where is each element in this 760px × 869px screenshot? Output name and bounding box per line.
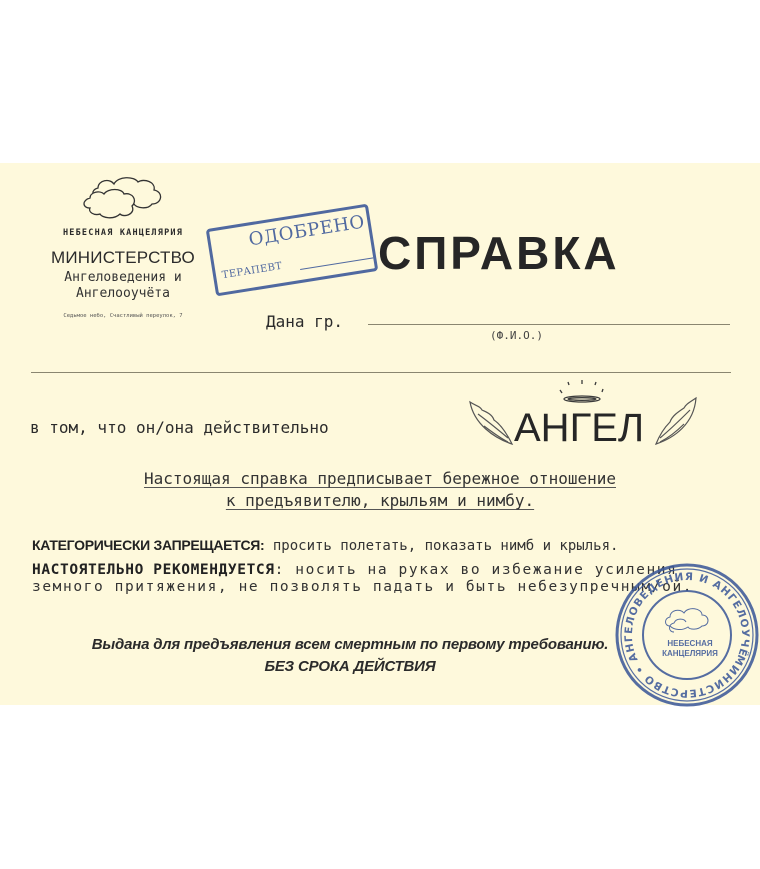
therapist-label: ТЕРАПЕВТ bbox=[221, 261, 283, 281]
prescription-text: Настоящая справка предписывает бережное … bbox=[20, 468, 740, 512]
ministry-title: МИНИСТЕРСТВО bbox=[30, 248, 216, 268]
angel-emblem: АНГЕЛ bbox=[464, 376, 704, 454]
halo-icon bbox=[560, 380, 603, 402]
document-title: СПРАВКА bbox=[378, 226, 620, 280]
prescription-line2: к предъявителю, крыльям и нимбу. bbox=[20, 490, 740, 512]
validity-line: БЕЗ СРОКА ДЕЙСТВИЯ bbox=[20, 656, 680, 678]
seal-center-line2: КАНЦЕЛЯРИЯ bbox=[662, 649, 718, 658]
svg-text:МИНИСТЕРСТВО • АНГЕЛОВЕДЕНИЯ И: МИНИСТЕРСТВО • АНГЕЛОВЕДЕНИЯ И АНГЕЛОУЧЁ… bbox=[612, 560, 760, 710]
name-field-line bbox=[368, 324, 730, 325]
forbidden-label: КАТЕГОРИЧЕСКИ ЗАПРЕЩАЕТСЯ: bbox=[32, 537, 264, 553]
seal-center-line1: НЕБЕСНАЯ bbox=[667, 639, 713, 648]
forbidden-text: просить полетать, показать нимб и крылья… bbox=[264, 538, 618, 554]
issued-note: Выдана для предъявления всем смертным по… bbox=[20, 634, 680, 678]
ministry-sub-line1: Ангеловедения и bbox=[30, 270, 216, 286]
ministry-sub-line2: Ангелооучёта bbox=[30, 286, 216, 302]
cloud-icon bbox=[78, 176, 168, 222]
recommended-label: НАСТОЯТЕЛЬНО РЕКОМЕНДУЕТСЯ bbox=[32, 562, 275, 578]
given-to-label: Дана гр. bbox=[266, 312, 343, 331]
signature-line bbox=[300, 257, 373, 270]
issued-line1: Выдана для предъявления всем смертным по… bbox=[20, 634, 680, 656]
ministry-subtitle: Ангеловедения и Ангелооучёта bbox=[30, 270, 216, 302]
angel-word: АНГЕЛ bbox=[514, 406, 644, 451]
name-caption: (Ф.И.О.) bbox=[490, 329, 543, 342]
forbidden-clause: КАТЕГОРИЧЕСКИ ЗАПРЕЩАЕТСЯ: просить полет… bbox=[32, 537, 618, 554]
seal-cloud-icon bbox=[666, 609, 709, 632]
wing-right-icon bbox=[656, 398, 696, 444]
name-field-line-2 bbox=[31, 372, 731, 373]
statement-text: в том, что он/она действительно bbox=[30, 418, 329, 437]
chancellery-label: НЕБЕСНАЯ КАНЦЕЛЯРИЯ bbox=[30, 228, 216, 238]
seal-ring-text: МИНИСТЕРСТВО • АНГЕЛОВЕДЕНИЯ И АНГЕЛОУЧЁ… bbox=[612, 560, 760, 710]
prescription-line1: Настоящая справка предписывает бережное … bbox=[20, 468, 740, 490]
ministry-address: Седьмое небо, Счастливый переулок, 7 bbox=[30, 313, 216, 319]
round-seal-stamp: МИНИСТЕРСТВО • АНГЕЛОВЕДЕНИЯ И АНГЕЛОУЧЁ… bbox=[612, 560, 760, 710]
wing-left-icon bbox=[470, 402, 512, 444]
